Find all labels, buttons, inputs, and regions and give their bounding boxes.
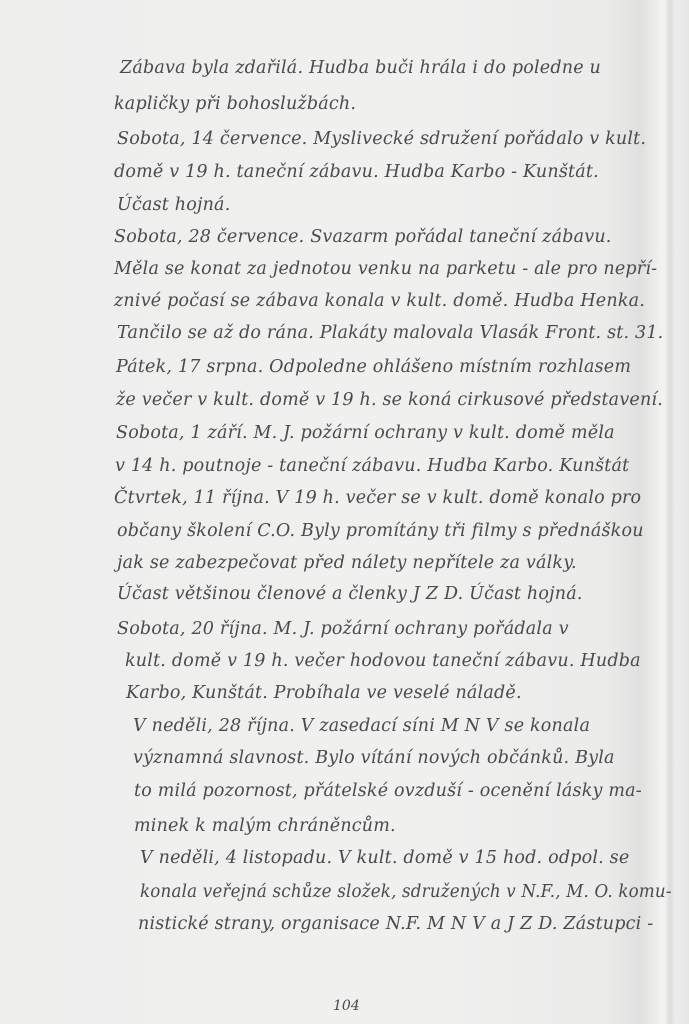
handwritten-line: jak se zabezpečovat před nálety nepřítel… <box>117 553 577 573</box>
handwritten-line: Sobota, 1 září. M. J. požární ochrany v … <box>116 423 615 443</box>
handwritten-line: Měla se konat za jednotou venku na parke… <box>114 259 657 279</box>
handwritten-line: občany školení C.O. Byly promítány tři f… <box>117 521 644 541</box>
handwritten-line: v 14 h. poutnoje - taneční zábavu. Hudba… <box>115 456 629 476</box>
handwritten-line: nistické strany, organisace N.F. M N V a… <box>138 914 653 934</box>
handwritten-line: Pátek, 17 srpna. Odpoledne ohlášeno míst… <box>116 357 631 377</box>
handwritten-line: Sobota, 14 července. Myslivecké sdružení… <box>117 129 646 149</box>
handwritten-line: Čtvrtek, 11 října. V 19 h. večer se v ku… <box>114 488 641 508</box>
handwritten-line: Tančilo se až do rána. Plakáty malovala … <box>117 323 663 343</box>
handwritten-line: domě v 19 h. taneční zábavu. Hudba Karbo… <box>114 162 599 182</box>
handwritten-line: znivé počasí se zábava konala v kult. do… <box>114 291 645 311</box>
handwritten-line: konala veřejná schůze složek, sdružených… <box>140 882 672 902</box>
page-binding-edge <box>665 0 675 1024</box>
handwritten-line: Sobota, 28 července. Svazarm pořádal tan… <box>114 227 612 247</box>
handwritten-line: Karbo, Kunštát. Probíhala ve veselé nála… <box>126 683 522 703</box>
handwritten-line: minek k malým chráněncům. <box>134 816 396 836</box>
handwritten-line: Účast hojná. <box>117 195 230 215</box>
handwritten-line: Účast většinou členové a členky J Z D. Ú… <box>117 584 583 604</box>
handwritten-line: to milá pozornost, přátelské ovzduší - o… <box>134 781 642 801</box>
handwritten-line: Sobota, 20 října. M. J. požární ochrany … <box>117 619 569 639</box>
handwritten-chronicle-page: Zábava byla zdařilá. Hudba buči hrála i … <box>0 0 689 1024</box>
handwritten-line: Zábava byla zdařilá. Hudba buči hrála i … <box>120 58 601 78</box>
handwritten-line: V neděli, 4 listopadu. V kult. domě v 15… <box>140 848 629 868</box>
handwritten-line: významná slavnost. Bylo vítání nových ob… <box>133 748 615 768</box>
handwritten-line: kapličky při bohoslužbách. <box>114 94 356 114</box>
handwritten-line: V neděli, 28 října. V zasedací síni M N … <box>133 716 590 736</box>
handwritten-line: že večer v kult. domě v 19 h. se koná ci… <box>116 390 663 410</box>
page-number: 104 <box>333 998 360 1014</box>
handwritten-line: kult. domě v 19 h. večer hodovou taneční… <box>125 651 641 671</box>
